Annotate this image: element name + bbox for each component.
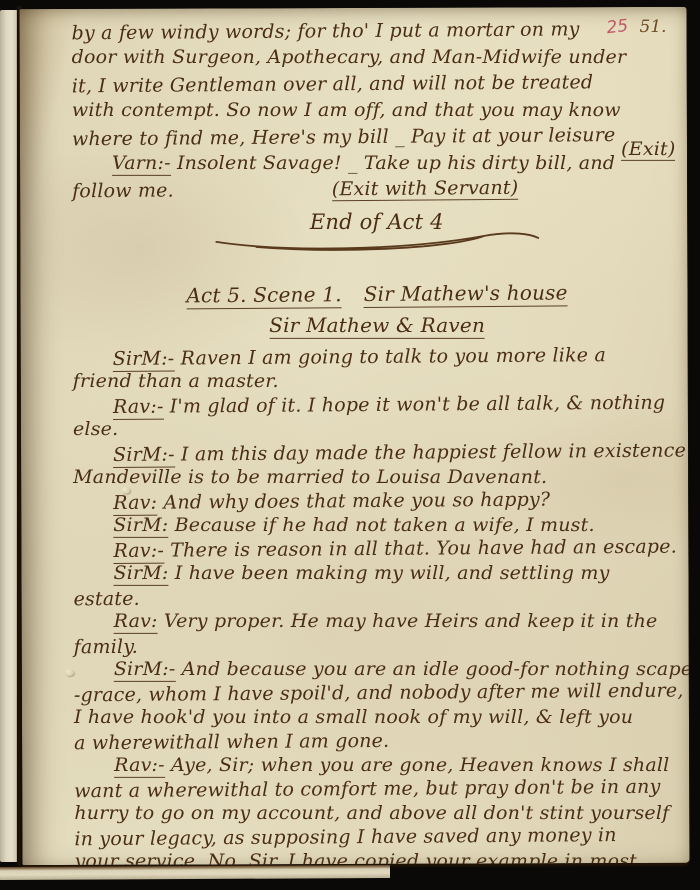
manuscript-line: Rav:- I'm glad of it. I hope it won't be…	[73, 390, 682, 419]
line-text: I have hook'd you into a small nook of m…	[74, 706, 633, 728]
manuscript-line: SirM:- Raven I am going to talk to you m…	[73, 342, 682, 371]
manuscript-line: End of Act 4	[72, 209, 681, 255]
manuscript-line: SirM: Because if he had not taken a wife…	[73, 513, 682, 537]
line-text: estate.	[73, 588, 139, 611]
stage-direction: (Exit with Servant)	[332, 177, 519, 201]
line-text: -grace, whom I have spoil'd, and nobody …	[74, 679, 684, 706]
speaker-name: SirM:-	[114, 658, 176, 682]
manuscript-line: SirM: I have been making my will, and se…	[73, 561, 682, 585]
manuscript-line: I have hook'd you into a small nook of m…	[74, 705, 683, 729]
line-text: where to find me, Here's my bill _ Pay i…	[72, 124, 616, 150]
act-end-flourish-icon	[212, 232, 542, 254]
line-text: family.	[74, 636, 138, 659]
line-text: I am this day made the happiest fellow i…	[175, 439, 686, 465]
photo-background: 25 51. by a few windy words; for tho' I …	[0, 0, 700, 890]
line-text: Raven I am going to talk to you more lik…	[174, 344, 606, 369]
manuscript-line: friend than a master.	[73, 369, 682, 393]
line-text: friend than a master.	[73, 370, 279, 392]
line-text: Insolent Savage! _ Take up his dirty bil…	[171, 152, 615, 174]
manuscript-text: by a few windy words; for tho' I put a m…	[72, 17, 684, 865]
manuscript-line: Rav: Very proper. He may have Heirs and …	[74, 609, 683, 633]
manuscript-line: door with Surgeon, Apothecary, and Man-M…	[72, 44, 681, 70]
manuscript-line: with contempt. So now I am off, and that…	[72, 97, 681, 123]
act-end-label: End of Act 4	[310, 210, 444, 234]
scene-heading: Sir Mathew's house	[364, 280, 568, 308]
line-text: your service. No, Sir, I have copied you…	[74, 850, 637, 865]
manuscript-line: a wherewithall when I am gone.	[74, 726, 683, 755]
manuscript-line: SirM:- I am this day made the happiest f…	[73, 438, 682, 467]
line-text: Very proper. He may have Heirs and keep …	[158, 610, 658, 632]
under-pages-edge	[0, 865, 390, 880]
speaker-name: SirM:	[113, 562, 168, 586]
manuscript-line: in your legacy, as supposing I have save…	[74, 822, 683, 851]
manuscript-page: 25 51. by a few windy words; for tho' I …	[20, 7, 690, 865]
manuscript-line: your service. No, Sir, I have copied you…	[74, 849, 683, 865]
line-text: I'm glad of it. I hope it won't be all t…	[163, 392, 665, 418]
manuscript-line: follow me.(Exit with Servant)	[72, 174, 681, 205]
line-text: And because you are an idle good-for not…	[175, 658, 689, 680]
manuscript-line: want a wherewithal to comfort me, but pr…	[74, 774, 683, 803]
line-text: door with Surgeon, Apothecary, and Man-M…	[72, 46, 627, 68]
manuscript-line: -grace, whom I have spoil'd, and nobody …	[74, 678, 683, 707]
line-text: by a few windy words; for tho' I put a m…	[72, 18, 580, 44]
line-text: want a wherewithal to comfort me, but pr…	[74, 776, 660, 803]
manuscript-line: else.	[73, 417, 682, 441]
line-text: hurry to go on my account, and above all…	[74, 802, 669, 824]
line-text: There is reason in all that. You have ha…	[164, 535, 677, 561]
line-text: in your legacy, as supposing I have save…	[74, 824, 616, 850]
line-text: else.	[73, 418, 118, 440]
line-text: it, I write Gentleman over all, and will…	[72, 71, 594, 97]
manuscript-line: by a few windy words; for tho' I put a m…	[71, 16, 680, 47]
speaker-name: Rav:	[114, 610, 158, 634]
speaker-name: Varn:-	[112, 152, 171, 176]
manuscript-line: Sir Mathew & Raven	[73, 312, 682, 339]
stage-direction: (Exit)	[621, 138, 675, 161]
line-text: Aye, Sir; when you are gone, Heaven know…	[165, 754, 670, 776]
manuscript-line: Varn:- Insolent Savage! _ Take up his di…	[72, 150, 681, 176]
manuscript-line: where to find me, Here's my bill _ Pay i…	[72, 121, 681, 152]
line-text: follow me.	[72, 180, 174, 203]
manuscript-line: Rav:- Aye, Sir; when you are gone, Heave…	[74, 753, 683, 777]
facing-page-edge	[0, 10, 17, 862]
line-text: And why does that make you so happy?	[157, 488, 550, 513]
line-text: Mandeville is to be married to Louisa Da…	[73, 466, 547, 488]
line-text: a wherewithall when I am gone.	[74, 730, 389, 754]
manuscript-line: family.	[74, 630, 683, 659]
manuscript-line: it, I write Gentleman over all, and will…	[72, 68, 681, 99]
manuscript-line: Act 5. Scene 1.Sir Mathew's house	[72, 276, 681, 311]
manuscript-line: estate.	[73, 582, 682, 611]
line-text: I have been making my will, and settling…	[169, 562, 610, 584]
speaker-name: Rav:-	[114, 754, 165, 778]
manuscript-line: Rav:- There is reason in all that. You h…	[73, 534, 682, 563]
line-text: Because if he had not taken a wife, I mu…	[168, 514, 594, 536]
manuscript-line: SirM:- And because you are an idle good-…	[74, 657, 683, 681]
manuscript-line: Rav: And why does that make you so happy…	[73, 486, 682, 515]
paper-flaw	[65, 669, 74, 676]
manuscript-line: Mandeville is to be married to Louisa Da…	[73, 465, 682, 489]
scene-heading: Act 5. Scene 1.	[186, 282, 342, 309]
manuscript-line: hurry to go on my account, and above all…	[74, 801, 683, 825]
scene-heading: Sir Mathew & Raven	[269, 313, 485, 339]
line-text: with contempt. So now I am off, and that…	[72, 99, 621, 121]
speaker-name: SirM:	[113, 514, 168, 538]
